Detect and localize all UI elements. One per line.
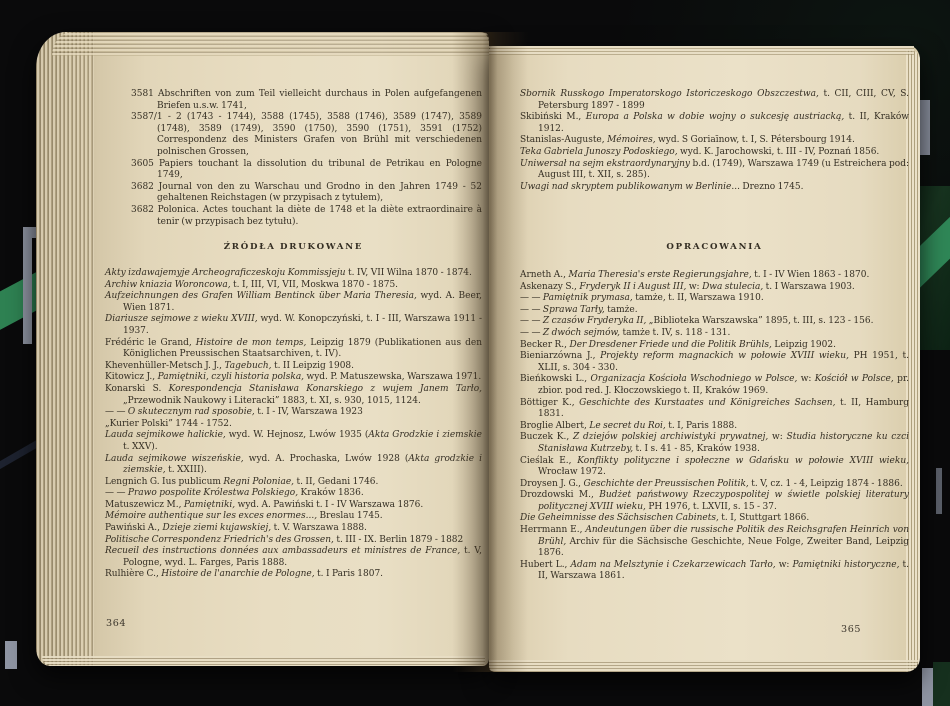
left-page-text-column: 3581 Abschriften von zum Teil vielleicht… bbox=[105, 86, 482, 646]
bibliography-entry: Stanislas-Auguste, Mémoires, wyd. S Gori… bbox=[520, 135, 909, 147]
bibliography-entry: Skibiński M., Europa a Polska w dobie wo… bbox=[520, 112, 909, 135]
bibliography-entry: Archiw kniazia Woroncowa, t. I, III, VI,… bbox=[105, 280, 482, 292]
printed-sources-list: Akty izdawajemyje Archeograficzeskoju Ko… bbox=[105, 268, 482, 581]
bibliography-entry: Askenazy S., Fryderyk II i August III, w… bbox=[520, 282, 909, 294]
bibliography-entry: Droysen J. G., Geschichte der Preussisch… bbox=[520, 479, 909, 491]
bibliography-entry: — — O skutecznym rad sposobie, t. I - IV… bbox=[105, 407, 482, 419]
bibliography-entry: Uniwersał na sejm ekstraordynaryjny b.d.… bbox=[520, 159, 909, 182]
page-number-right: 365 bbox=[841, 624, 861, 635]
bibliography-entry: Herrmann E., Andeutungen über die russis… bbox=[520, 525, 909, 560]
bibliography-entry: Sbornik Russkogo Imperatorskogo Istoricz… bbox=[520, 89, 909, 112]
page-number-left: 364 bbox=[106, 618, 126, 629]
bibliography-entry: Diariusze sejmowe z wieku XVIII, wyd. W.… bbox=[105, 314, 482, 337]
printed-sources-continued-list: Sbornik Russkogo Imperatorskogo Istoricz… bbox=[520, 89, 909, 193]
bibliography-entry: „Kurier Polski” 1744 - 1752. bbox=[105, 419, 482, 431]
cradle-gray-line-right bbox=[936, 468, 942, 514]
left-page: 3581 Abschriften von zum Teil vielleicht… bbox=[36, 32, 489, 666]
bibliography-entry: Konarski S. Korespondencja Stanisława Ko… bbox=[105, 384, 482, 407]
page-edge-stack-left bbox=[36, 32, 94, 666]
bibliography-entry: — — Pamiętnik prymasa, tamże, t. II, War… bbox=[520, 293, 909, 305]
studies-heading: OPRACOWANIA bbox=[520, 242, 909, 254]
bibliography-entry: Kitowicz J., Pamiętniki, czyli historia … bbox=[105, 372, 482, 384]
page-edge-stack-top-left bbox=[52, 32, 489, 56]
page-edge-stack-bottom-left bbox=[42, 656, 485, 666]
archival-entries-list: 3581 Abschriften von zum Teil vielleicht… bbox=[131, 89, 482, 228]
bibliography-entry: Mémoire authentique sur les exces enorme… bbox=[105, 511, 482, 523]
studies-list: Arneth A., Maria Theresia's erste Regier… bbox=[520, 270, 909, 583]
bibliography-entry: Bieńkowski L., Organizacja Kościoła Wsch… bbox=[520, 374, 909, 397]
page-edge-stack-top-right bbox=[489, 46, 914, 55]
bibliography-entry: Frédéric le Grand, Histoire de mon temps… bbox=[105, 338, 482, 361]
right-page: Sbornik Russkogo Imperatorskogo Istoricz… bbox=[489, 46, 920, 672]
bibliography-entry: — — Prawo pospolite Królestwa Polskiego,… bbox=[105, 488, 482, 500]
page-edge-stack-bottom-right bbox=[489, 660, 918, 672]
bibliography-entry: Buczek K., Z dziejów polskiej archiwisty… bbox=[520, 432, 909, 455]
printed-sources-heading: ŹRÓDŁA DRUKOWANE bbox=[105, 242, 482, 254]
bibliography-entry: Die Geheimnisse des Sächsischen Cabinets… bbox=[520, 513, 909, 525]
bibliography-entry: 3587/1 - 2 (1743 - 1744), 3588 (1745), 3… bbox=[131, 112, 482, 158]
bibliography-entry: Lauda sejmikowe halickie, wyd. W. Hejnos… bbox=[105, 430, 482, 453]
bibliography-entry: Broglie Albert, Le secret du Roi, t. I, … bbox=[520, 421, 909, 433]
bibliography-entry: Teka Gabriela Junoszy Podoskiego, wyd. K… bbox=[520, 147, 909, 159]
bibliography-entry: — — Z dwóch sejmów, tamże t. IV, s. 118 … bbox=[520, 328, 909, 340]
bibliography-entry: Rulhière C., Histoire de l'anarchie de P… bbox=[105, 569, 482, 581]
bibliography-entry: Bieniarzówna J., Projekty reform magnack… bbox=[520, 351, 909, 374]
bibliography-entry: Politische Correspondenz Friedrich's des… bbox=[105, 535, 482, 547]
bibliography-entry: Hubert L., Adam na Melsztynie i Czekarze… bbox=[520, 560, 909, 583]
bibliography-entry: — — Sprawa Tarły, tamże. bbox=[520, 305, 909, 317]
bibliography-entry: Cieślak E., Konflikty polityczne i społe… bbox=[520, 456, 909, 479]
bibliography-entry: Aufzeichnungen des Grafen William Bentin… bbox=[105, 291, 482, 314]
bibliography-entry: Arneth A., Maria Theresia's erste Regier… bbox=[520, 270, 909, 282]
bibliography-entry: Pawiński A., Dzieje ziemi kujawskiej, t.… bbox=[105, 523, 482, 535]
bibliography-entry: Böttiger K., Geschichte des Kurstaates u… bbox=[520, 398, 909, 421]
bibliography-entry: Lengnich G. Ius publicum Regni Poloniae,… bbox=[105, 477, 482, 489]
bibliography-entry: Drozdowski M., Budżet państwowy Rzeczypo… bbox=[520, 490, 909, 513]
cradle-dark-green-corner bbox=[933, 662, 950, 706]
bibliography-entry: Khevenhüller-Metsch J. J., Tagebuch, t. … bbox=[105, 361, 482, 373]
bibliography-entry: 3605 Papiers touchant la dissolution du … bbox=[131, 159, 482, 182]
bibliography-entry: — — Z czasów Fryderyka II, „Biblioteka W… bbox=[520, 316, 909, 328]
book-scan-photo: 3581 Abschriften von zum Teil vielleicht… bbox=[0, 0, 950, 706]
cradle-gray-bar-bottom-left bbox=[5, 641, 17, 669]
cradle-gray-bar-bottom-right bbox=[922, 668, 933, 706]
bibliography-entry: Becker R., Der Dresdener Friede und die … bbox=[520, 340, 909, 352]
bibliography-entry: Akty izdawajemyje Archeograficzeskoju Ko… bbox=[105, 268, 482, 280]
bibliography-entry: 3581 Abschriften von zum Teil vielleicht… bbox=[131, 89, 482, 112]
cradle-gray-bracket-vertical bbox=[23, 227, 32, 344]
bibliography-entry: Matuszewicz M., Pamiętniki, wyd. A. Pawi… bbox=[105, 500, 482, 512]
bibliography-entry: Lauda sejmikowe wiszeńskie, wyd. A. Proc… bbox=[105, 454, 482, 477]
right-page-text-column: Sbornik Russkogo Imperatorskogo Istoricz… bbox=[520, 86, 909, 646]
bibliography-entry: 3682 Journal von den zu Warschau und Gro… bbox=[131, 182, 482, 205]
bibliography-entry: Uwagi nad skryptem publikowanym w Berlin… bbox=[520, 182, 909, 194]
bibliography-entry: 3682 Polonica. Actes touchant la diète d… bbox=[131, 205, 482, 228]
bibliography-entry: Recueil des instructions données aux amb… bbox=[105, 546, 482, 569]
